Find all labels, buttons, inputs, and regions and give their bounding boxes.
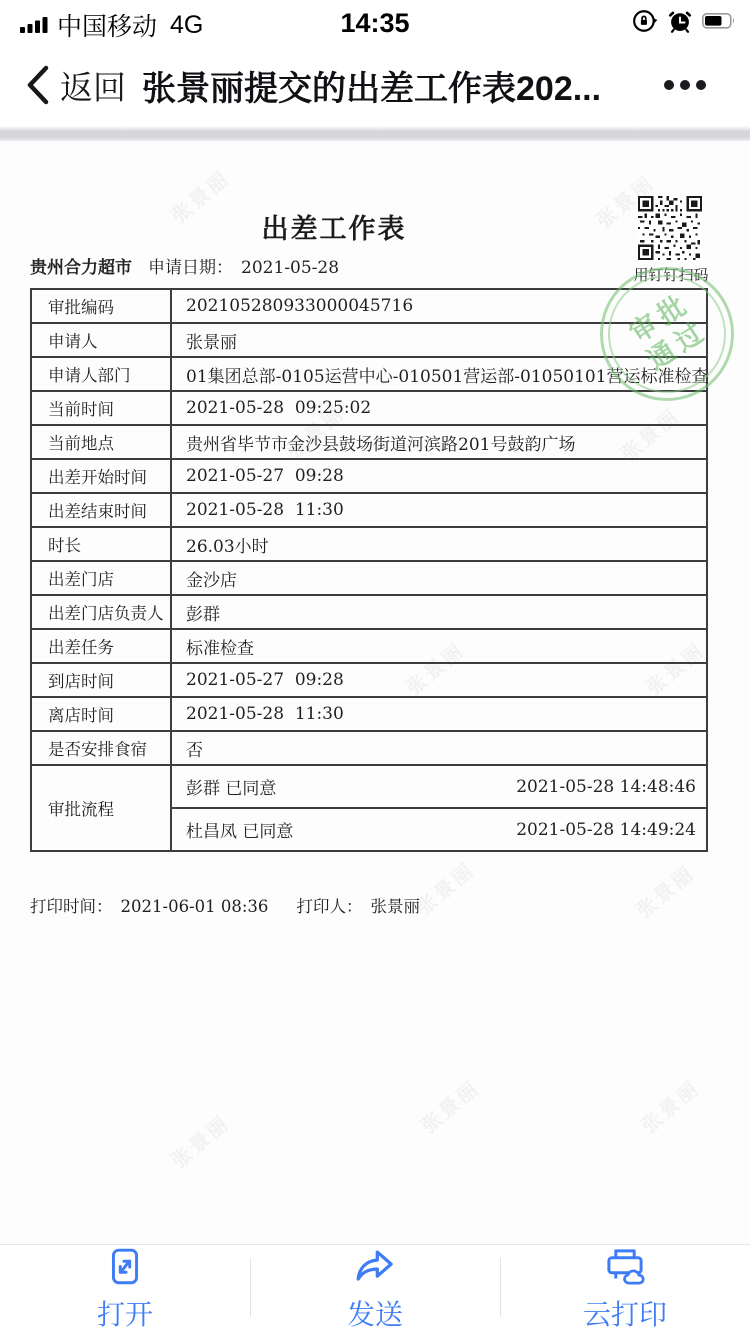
- approval-flow-row: 审批流程 彭群 已同意 2021-05-28 14:48:46 杜昌凤 已同意 …: [32, 766, 706, 850]
- send-label: 发送: [347, 1293, 403, 1333]
- table-row: 出差门店 金沙店: [32, 562, 706, 596]
- phone-screen: 中国移动 4G 14:35: [0, 0, 750, 1334]
- row-value: 否: [172, 732, 706, 764]
- approval-timestamp: 2021-05-28 14:48:46: [516, 777, 696, 797]
- qr-code: [638, 196, 702, 260]
- orientation-lock-icon: [632, 8, 658, 34]
- table-row: 申请人 张景丽: [32, 324, 706, 358]
- document-page: 张景丽 张景丽 张景丽 张景丽 张景丽 张景丽 张景丽 张景丽 张景丽 张景丽 …: [0, 141, 750, 1244]
- table-row: 出差门店负责人 彭群: [32, 596, 706, 630]
- table-row: 审批编码 202105280933000045716: [32, 290, 706, 324]
- row-label: 出差任务: [32, 630, 172, 662]
- watermark: 张景丽: [164, 1107, 235, 1174]
- table-row: 时长 26.03小时: [32, 528, 706, 562]
- more-dot: [680, 80, 690, 90]
- watermark: 张景丽: [629, 857, 700, 924]
- table-row: 出差开始时间 2021-05-27 09:28: [32, 460, 706, 494]
- company-name: 贵州合力超市: [30, 253, 132, 278]
- print-person-value: 张景丽: [370, 893, 420, 917]
- row-label: 审批编码: [32, 290, 172, 322]
- open-button[interactable]: 打开: [0, 1245, 250, 1334]
- bottom-toolbar: 打开 发送 云打印: [0, 1244, 750, 1334]
- document-title: 出差工作表: [30, 207, 638, 246]
- print-info-line: 打印时间： 2021-06-01 08:36 打印人： 张景丽: [30, 893, 420, 917]
- row-label: 出差结束时间: [32, 494, 172, 526]
- nav-bar: 返回 张景丽提交的出差工作表202...: [0, 44, 750, 126]
- apply-date-label: 申请日期：: [148, 253, 233, 278]
- print-person-label: 打印人：: [296, 893, 362, 917]
- open-label: 打开: [97, 1293, 153, 1333]
- cloud-print-icon: [602, 1246, 648, 1288]
- cloud-print-button[interactable]: 云打印: [500, 1245, 750, 1334]
- row-value: 2021-05-27 09:28: [172, 664, 706, 696]
- table-row: 离店时间 2021-05-28 11:30: [32, 698, 706, 732]
- table-row: 是否安排食宿 否: [32, 732, 706, 766]
- row-value: 彭群: [172, 596, 706, 628]
- watermark: 张景丽: [634, 1072, 705, 1139]
- document-meta-line: 贵州合力超市 申请日期： 2021-05-28: [30, 253, 339, 278]
- table-row: 当前地点 贵州省毕节市金沙县鼓场街道河滨路201号鼓韵广场: [32, 426, 706, 460]
- approval-entry: 杜昌凤 已同意 2021-05-28 14:49:24: [172, 807, 706, 850]
- row-value: 张景丽: [172, 324, 706, 356]
- form-table: 审批编码 202105280933000045716 申请人 张景丽 申请人部门…: [30, 288, 708, 852]
- row-label: 出差开始时间: [32, 460, 172, 492]
- print-time-value: 2021-06-01 08:36: [121, 897, 269, 916]
- row-value: 26.03小时: [172, 528, 706, 560]
- row-label: 出差门店: [32, 562, 172, 594]
- row-label: 当前时间: [32, 392, 172, 424]
- row-value: 2021-05-28 11:30: [172, 698, 706, 730]
- apply-date-value: 2021-05-28: [241, 258, 339, 278]
- send-button[interactable]: 发送: [250, 1245, 500, 1334]
- row-label: 审批流程: [32, 766, 172, 850]
- more-dot: [696, 80, 706, 90]
- back-button[interactable]: 返回: [26, 62, 126, 109]
- row-label: 申请人: [32, 324, 172, 356]
- approval-entry: 彭群 已同意 2021-05-28 14:48:46: [172, 766, 706, 807]
- row-value: 01集团总部-0105运营中心-010501营运部-01050101营运标准检查…: [172, 358, 706, 390]
- table-row: 出差任务 标准检查: [32, 630, 706, 664]
- status-right-group: [632, 8, 736, 34]
- send-icon: [352, 1246, 398, 1288]
- table-row: 出差结束时间 2021-05-28 11:30: [32, 494, 706, 528]
- cloud-print-label: 云打印: [583, 1293, 667, 1333]
- row-value: 202105280933000045716: [172, 290, 706, 322]
- approval-entries: 彭群 已同意 2021-05-28 14:48:46 杜昌凤 已同意 2021-…: [172, 766, 706, 850]
- row-label: 当前地点: [32, 426, 172, 458]
- more-dot: [664, 80, 674, 90]
- table-row: 申请人部门 01集团总部-0105运营中心-010501营运部-01050101…: [32, 358, 706, 392]
- row-label: 到店时间: [32, 664, 172, 696]
- battery-icon: [702, 13, 736, 29]
- row-value: 2021-05-28 09:25:02: [172, 392, 706, 424]
- table-row: 当前时间 2021-05-28 09:25:02: [32, 392, 706, 426]
- more-options-button[interactable]: [664, 80, 706, 90]
- qr-caption: 用钉钉扫码: [628, 264, 714, 285]
- row-value: 标准检查: [172, 630, 706, 662]
- row-value: 贵州省毕节市金沙县鼓场街道河滨路201号鼓韵广场: [172, 426, 706, 458]
- status-bar: 中国移动 4G 14:35: [0, 0, 750, 44]
- back-label: 返回: [60, 62, 126, 109]
- row-label: 离店时间: [32, 698, 172, 730]
- row-label: 时长: [32, 528, 172, 560]
- watermark: 张景丽: [414, 1072, 485, 1139]
- table-row: 到店时间 2021-05-27 09:28: [32, 664, 706, 698]
- alarm-clock-icon: [667, 8, 693, 34]
- open-icon: [103, 1246, 147, 1288]
- row-value: 2021-05-27 09:28: [172, 460, 706, 492]
- row-label: 申请人部门: [32, 358, 172, 390]
- back-chevron-icon: [26, 64, 50, 106]
- approval-timestamp: 2021-05-28 14:49:24: [516, 820, 696, 840]
- row-label: 出差门店负责人: [32, 596, 172, 628]
- approver-status: 彭群 已同意: [186, 774, 276, 799]
- page-divider-strip: [0, 126, 750, 141]
- row-value: 2021-05-28 11:30: [172, 494, 706, 526]
- page-title: 张景丽提交的出差工作表202...: [142, 61, 601, 110]
- row-value: 金沙店: [172, 562, 706, 594]
- row-label: 是否安排食宿: [32, 732, 172, 764]
- print-time-label: 打印时间：: [30, 893, 113, 917]
- approver-status: 杜昌凤 已同意: [186, 817, 293, 842]
